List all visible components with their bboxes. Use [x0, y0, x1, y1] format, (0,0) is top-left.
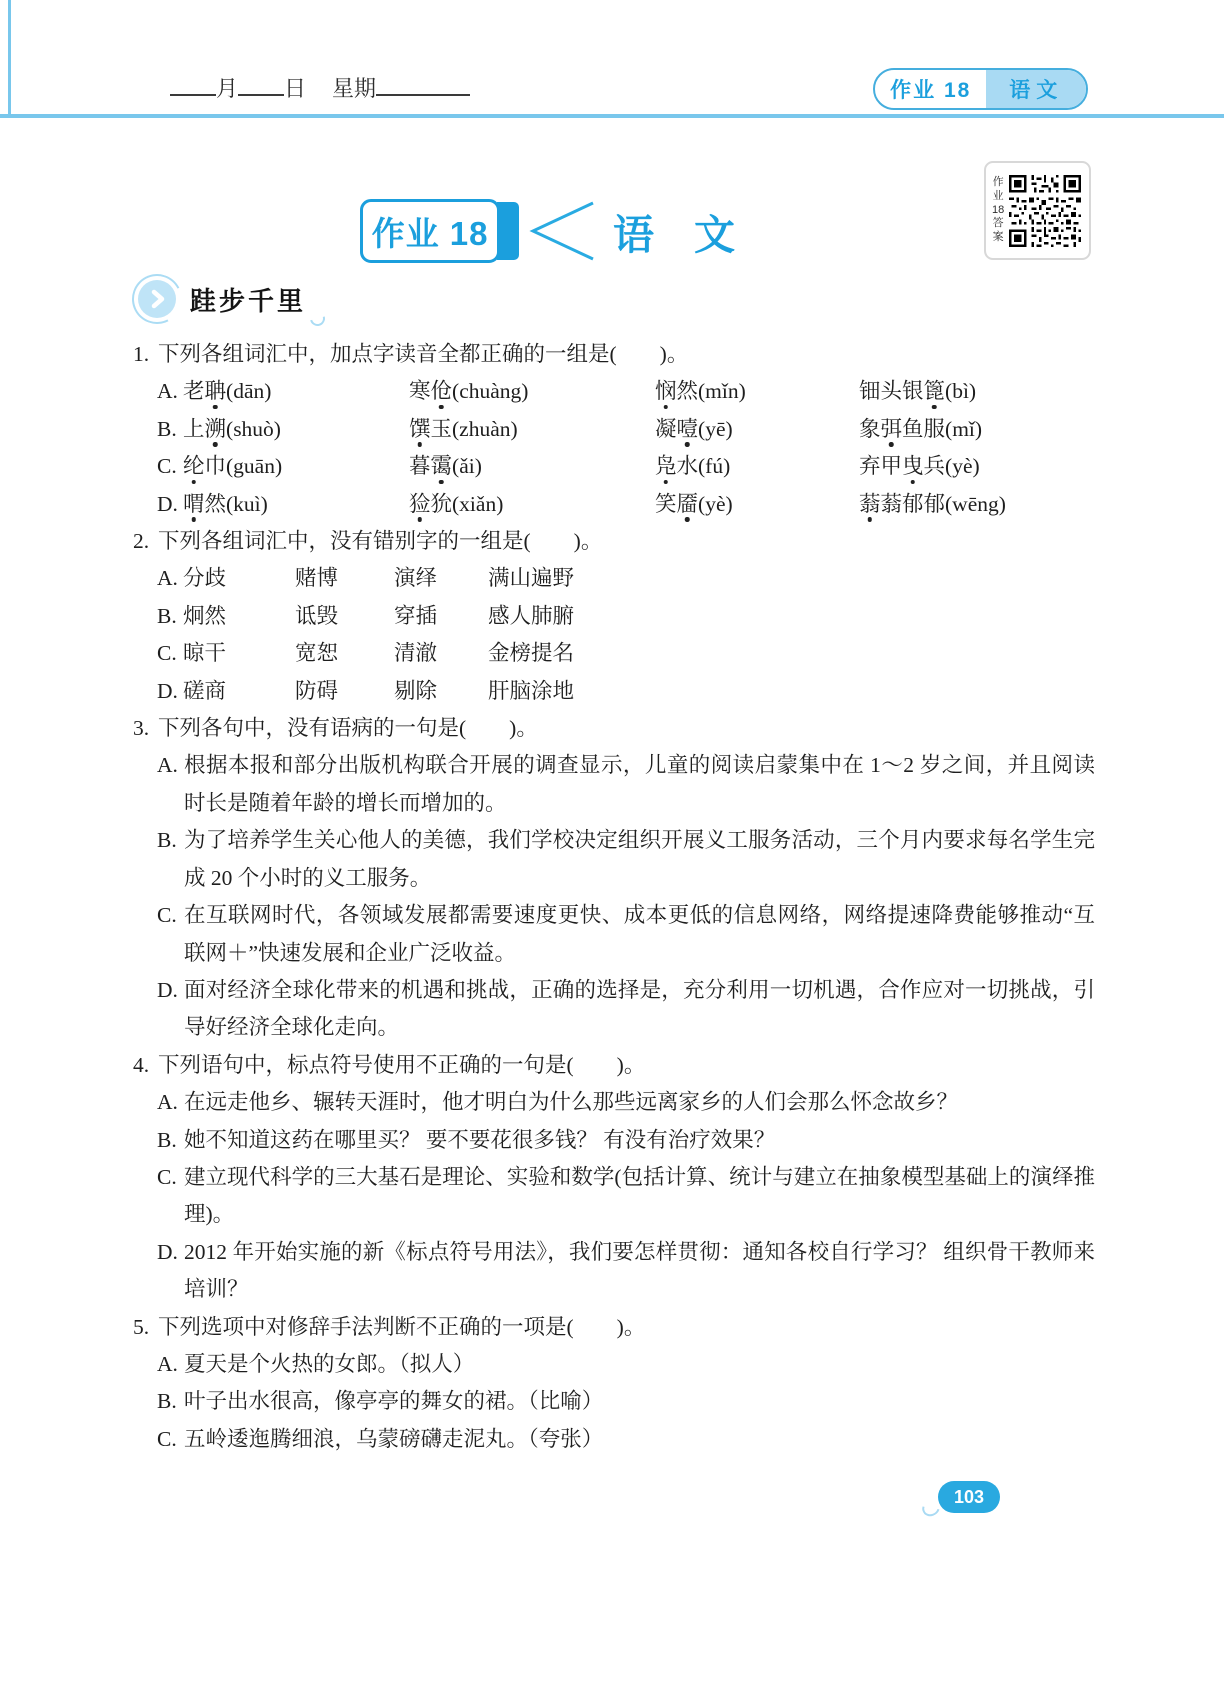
qr-caption-char: 答 — [993, 217, 1004, 231]
q1-c-word4: 弃甲曳兵(yè) — [859, 448, 1095, 485]
play-circle-icon — [136, 278, 178, 320]
question-number: 1. — [133, 336, 158, 373]
month-label: 月 — [216, 76, 238, 101]
q2-option-a: A.分歧 赌博 演绎 满山遍野 — [133, 560, 1095, 597]
option-label: B. — [157, 411, 183, 448]
q1-a-word4: 钿头银篦(bì) — [859, 373, 1095, 410]
q3-option-b: B. 为了培养学生关心他人的美德，我们学校决定组织开展义工服务活动，三个月内要求… — [133, 822, 1095, 897]
option-text: 叶子出水很高，像亭亭的舞女的裙。（比喻） — [184, 1383, 1095, 1420]
option-text: 在互联网时代，各领域发展都需要速度更快、成本更低的信息网络，网络提速降费能够推动… — [184, 897, 1095, 972]
q2-option-d: D.磋商 防碍 剔除 肝脑涂地 — [133, 673, 1095, 710]
option-label: C. — [157, 897, 184, 972]
option-text: 在远走他乡、辗转天涯时，他才明白为什么那些远离家乡的人们会那么怀念故乡？ — [184, 1084, 1095, 1121]
qr-caption-char: 作 — [993, 176, 1004, 190]
header-left-accent-line — [8, 0, 11, 116]
option-label: A. — [157, 373, 183, 410]
question-text: 下列各组词汇中，没有错别字的一组是( )。 — [158, 523, 1095, 560]
q1-b-word2: 馔玉(zhuàn) — [409, 411, 655, 448]
qr-caption: 作 业 18 答 案 — [992, 176, 1004, 245]
subject-char: 文 — [694, 202, 735, 261]
q3-option-d: D. 面对经济全球化带来的机遇和挑战，正确的选择是，充分利用一切机遇，合作应对一… — [133, 972, 1095, 1047]
question-4-stem: 4. 下列语句中，标点符号使用不正确的一句是( )。 — [133, 1047, 1095, 1084]
header-rule — [0, 114, 1224, 118]
date-fill-in-line: 月日星期 — [170, 72, 470, 103]
q2-a-word3: 演绎 — [394, 560, 488, 597]
question-number: 2. — [133, 523, 158, 560]
question-1-stem: 1. 下列各组词汇中，加点字读音全都正确的一组是( )。 — [133, 336, 1095, 373]
option-label: A. — [157, 1084, 184, 1121]
subject-char: 语 — [613, 202, 654, 261]
section-title: 跬步千里 — [190, 281, 306, 318]
option-label: D. — [157, 673, 183, 710]
month-blank — [170, 74, 216, 96]
qr-caption-char: 案 — [993, 231, 1004, 245]
question-list: 1. 下列各组词汇中，加点字读音全都正确的一组是( )。 A.老聃(dān) 寒… — [133, 336, 1095, 1458]
option-text: 2012 年开始实施的新《标点符号用法》，我们要怎样贯彻：通知各校自行学习？ 组… — [184, 1234, 1095, 1309]
qr-caption-char: 18 — [992, 204, 1004, 218]
q2-b-word4: 感人肺腑 — [488, 598, 1095, 635]
question-number: 3. — [133, 710, 158, 747]
q2-b-word2: 诋毁 — [295, 598, 394, 635]
q2-option-c: C.晾干 宽恕 清澈 金榜提名 — [133, 635, 1095, 672]
q1-c-word2: 暮霭(ǎi) — [409, 448, 655, 485]
option-label: C. — [157, 1421, 184, 1458]
q1-c-word1: C.纶巾(guān) — [157, 448, 409, 485]
q2-d-word2: 防碍 — [295, 673, 394, 710]
q4-option-c: C. 建立现代科学的三大基石是理论、实验和数学(包括计算、统计与建立在抽象模型基… — [133, 1159, 1095, 1234]
q4-option-a: A. 在远走他乡、辗转天涯时，他才明白为什么那些远离家乡的人们会那么怀念故乡？ — [133, 1084, 1095, 1121]
option-text: 五岭逶迤腾细浪，乌蒙磅礴走泥丸。（夸张） — [184, 1421, 1095, 1458]
q4-option-b: B. 她不知道这药在哪里买？ 要不要花很多钱？ 有没有治疗效果？ — [133, 1122, 1095, 1159]
option-label: B. — [157, 1122, 184, 1159]
badge-homework-label: 作业 18 — [875, 70, 986, 108]
header-badge: 作业 18 语文 — [873, 68, 1088, 110]
q2-c-word2: 宽恕 — [295, 635, 394, 672]
q2-c-word4: 金榜提名 — [488, 635, 1095, 672]
q1-b-word4: 象弭鱼服(mǐ) — [859, 411, 1095, 448]
q2-d-word3: 剔除 — [394, 673, 488, 710]
q2-b-word3: 穿插 — [394, 598, 488, 635]
q1-b-word1: B.上溯(shuò) — [157, 411, 409, 448]
q1-d-word1: D.喟然(kuì) — [157, 486, 409, 523]
week-blank — [376, 74, 470, 96]
q1-option-b: B.上溯(shuò) 馔玉(zhuàn) 凝噎(yē) 象弭鱼服(mǐ) — [133, 411, 1095, 448]
option-label: A. — [157, 747, 184, 822]
q1-a-word2: 寒伧(chuàng) — [409, 373, 655, 410]
section-title-flourish — [307, 308, 327, 328]
option-label: C. — [157, 448, 183, 485]
option-label: B. — [157, 598, 183, 635]
page-number-badge: 103 — [938, 1481, 1000, 1513]
q5-option-c: C. 五岭逶迤腾细浪，乌蒙磅礴走泥丸。（夸张） — [133, 1421, 1095, 1458]
option-label: B. — [157, 822, 184, 897]
option-label: C. — [157, 1159, 184, 1234]
option-label: C. — [157, 635, 183, 672]
q2-a-word4: 满山遍野 — [488, 560, 1095, 597]
option-label: D. — [157, 486, 183, 523]
q1-option-c: C.纶巾(guān) 暮霭(ǎi) 凫水(fú) 弃甲曳兵(yè) — [133, 448, 1095, 485]
option-label: A. — [157, 1346, 184, 1383]
option-text: 为了培养学生关心他人的美德，我们学校决定组织开展义工服务活动，三个月内要求每名学… — [184, 822, 1095, 897]
question-number: 5. — [133, 1309, 158, 1346]
title-homework-box: 作业 18 — [360, 199, 500, 263]
option-text: 根据本报和部分出版机构联合开展的调查显示，儿童的阅读启蒙集中在 1～2 岁之间，… — [184, 747, 1095, 822]
icon-circle — [138, 280, 176, 318]
option-label: B. — [157, 1383, 184, 1420]
question-2-stem: 2. 下列各组词汇中，没有错别字的一组是( )。 — [133, 523, 1095, 560]
question-3-stem: 3. 下列各句中，没有语病的一句是( )。 — [133, 710, 1095, 747]
option-label: A. — [157, 560, 183, 597]
angle-bracket-icon — [521, 199, 597, 263]
option-text: 面对经济全球化带来的机遇和挑战，正确的选择是，充分利用一切机遇，合作应对一切挑战… — [184, 972, 1095, 1047]
question-number: 4. — [133, 1047, 158, 1084]
answer-qr-box: 作 业 18 答 案 — [984, 161, 1091, 260]
option-text: 夏天是个火热的女郎。（拟人） — [184, 1346, 1095, 1383]
question-5-stem: 5. 下列选项中对修辞手法判断不正确的一项是( )。 — [133, 1309, 1095, 1346]
q2-d-word1: D.磋商 — [157, 673, 295, 710]
q1-d-word4: 蓊蓊郁郁(wēng) — [859, 486, 1095, 523]
q5-option-a: A. 夏天是个火热的女郎。（拟人） — [133, 1346, 1095, 1383]
q3-option-c: C. 在互联网时代，各领域发展都需要速度更快、成本更低的信息网络，网络提速降费能… — [133, 897, 1095, 972]
badge-subject-label: 语文 — [986, 70, 1086, 108]
q2-c-word3: 清澈 — [394, 635, 488, 672]
question-text: 下列各句中，没有语病的一句是( )。 — [158, 710, 1095, 747]
week-label: 星期 — [332, 76, 376, 101]
question-text: 下列选项中对修辞手法判断不正确的一项是( )。 — [158, 1309, 1095, 1346]
title-banner: 作业 18 语 文 — [360, 198, 735, 264]
question-text: 下列语句中，标点符号使用不正确的一句是( )。 — [158, 1047, 1095, 1084]
option-text: 她不知道这药在哪里买？ 要不要花很多钱？ 有没有治疗效果？ — [184, 1122, 1095, 1159]
q5-option-b: B. 叶子出水很高，像亭亭的舞女的裙。（比喻） — [133, 1383, 1095, 1420]
chevron-right-icon — [147, 289, 167, 309]
question-text: 下列各组词汇中，加点字读音全都正确的一组是( )。 — [158, 336, 1095, 373]
q1-b-word3: 凝噎(yē) — [655, 411, 859, 448]
title-subject: 语 文 — [613, 202, 735, 261]
q1-a-word3: 悯然(mǐn) — [655, 373, 859, 410]
day-label: 日 — [284, 76, 306, 101]
q2-b-word1: B.炯然 — [157, 598, 295, 635]
q2-option-b: B.炯然 诋毁 穿插 感人肺腑 — [133, 598, 1095, 635]
q2-c-word1: C.晾干 — [157, 635, 295, 672]
section-header: 跬步千里 — [136, 278, 325, 320]
qr-caption-char: 业 — [993, 190, 1004, 204]
q2-a-word2: 赌博 — [295, 560, 394, 597]
option-label: D. — [157, 1234, 184, 1309]
q1-d-word2: 猃狁(xiǎn) — [409, 486, 655, 523]
q2-d-word4: 肝脑涂地 — [488, 673, 1095, 710]
qr-code-icon — [1009, 175, 1081, 247]
day-blank — [238, 74, 284, 96]
q2-a-word1: A.分歧 — [157, 560, 295, 597]
q4-option-d: D. 2012 年开始实施的新《标点符号用法》，我们要怎样贯彻：通知各校自行学习… — [133, 1234, 1095, 1309]
q1-d-word3: 笑靥(yè) — [655, 486, 859, 523]
q1-option-a: A.老聃(dān) 寒伧(chuàng) 悯然(mǐn) 钿头银篦(bì) — [133, 373, 1095, 410]
option-label: D. — [157, 972, 184, 1047]
option-text: 建立现代科学的三大基石是理论、实验和数学(包括计算、统计与建立在抽象模型基础上的… — [184, 1159, 1095, 1234]
q1-c-word3: 凫水(fú) — [655, 448, 859, 485]
q3-option-a: A. 根据本报和部分出版机构联合开展的调查显示，儿童的阅读启蒙集中在 1～2 岁… — [133, 747, 1095, 822]
q1-option-d: D.喟然(kuì) 猃狁(xiǎn) 笑靥(yè) 蓊蓊郁郁(wēng) — [133, 486, 1095, 523]
title-tab — [497, 202, 519, 260]
q1-a-word1: A.老聃(dān) — [157, 373, 409, 410]
